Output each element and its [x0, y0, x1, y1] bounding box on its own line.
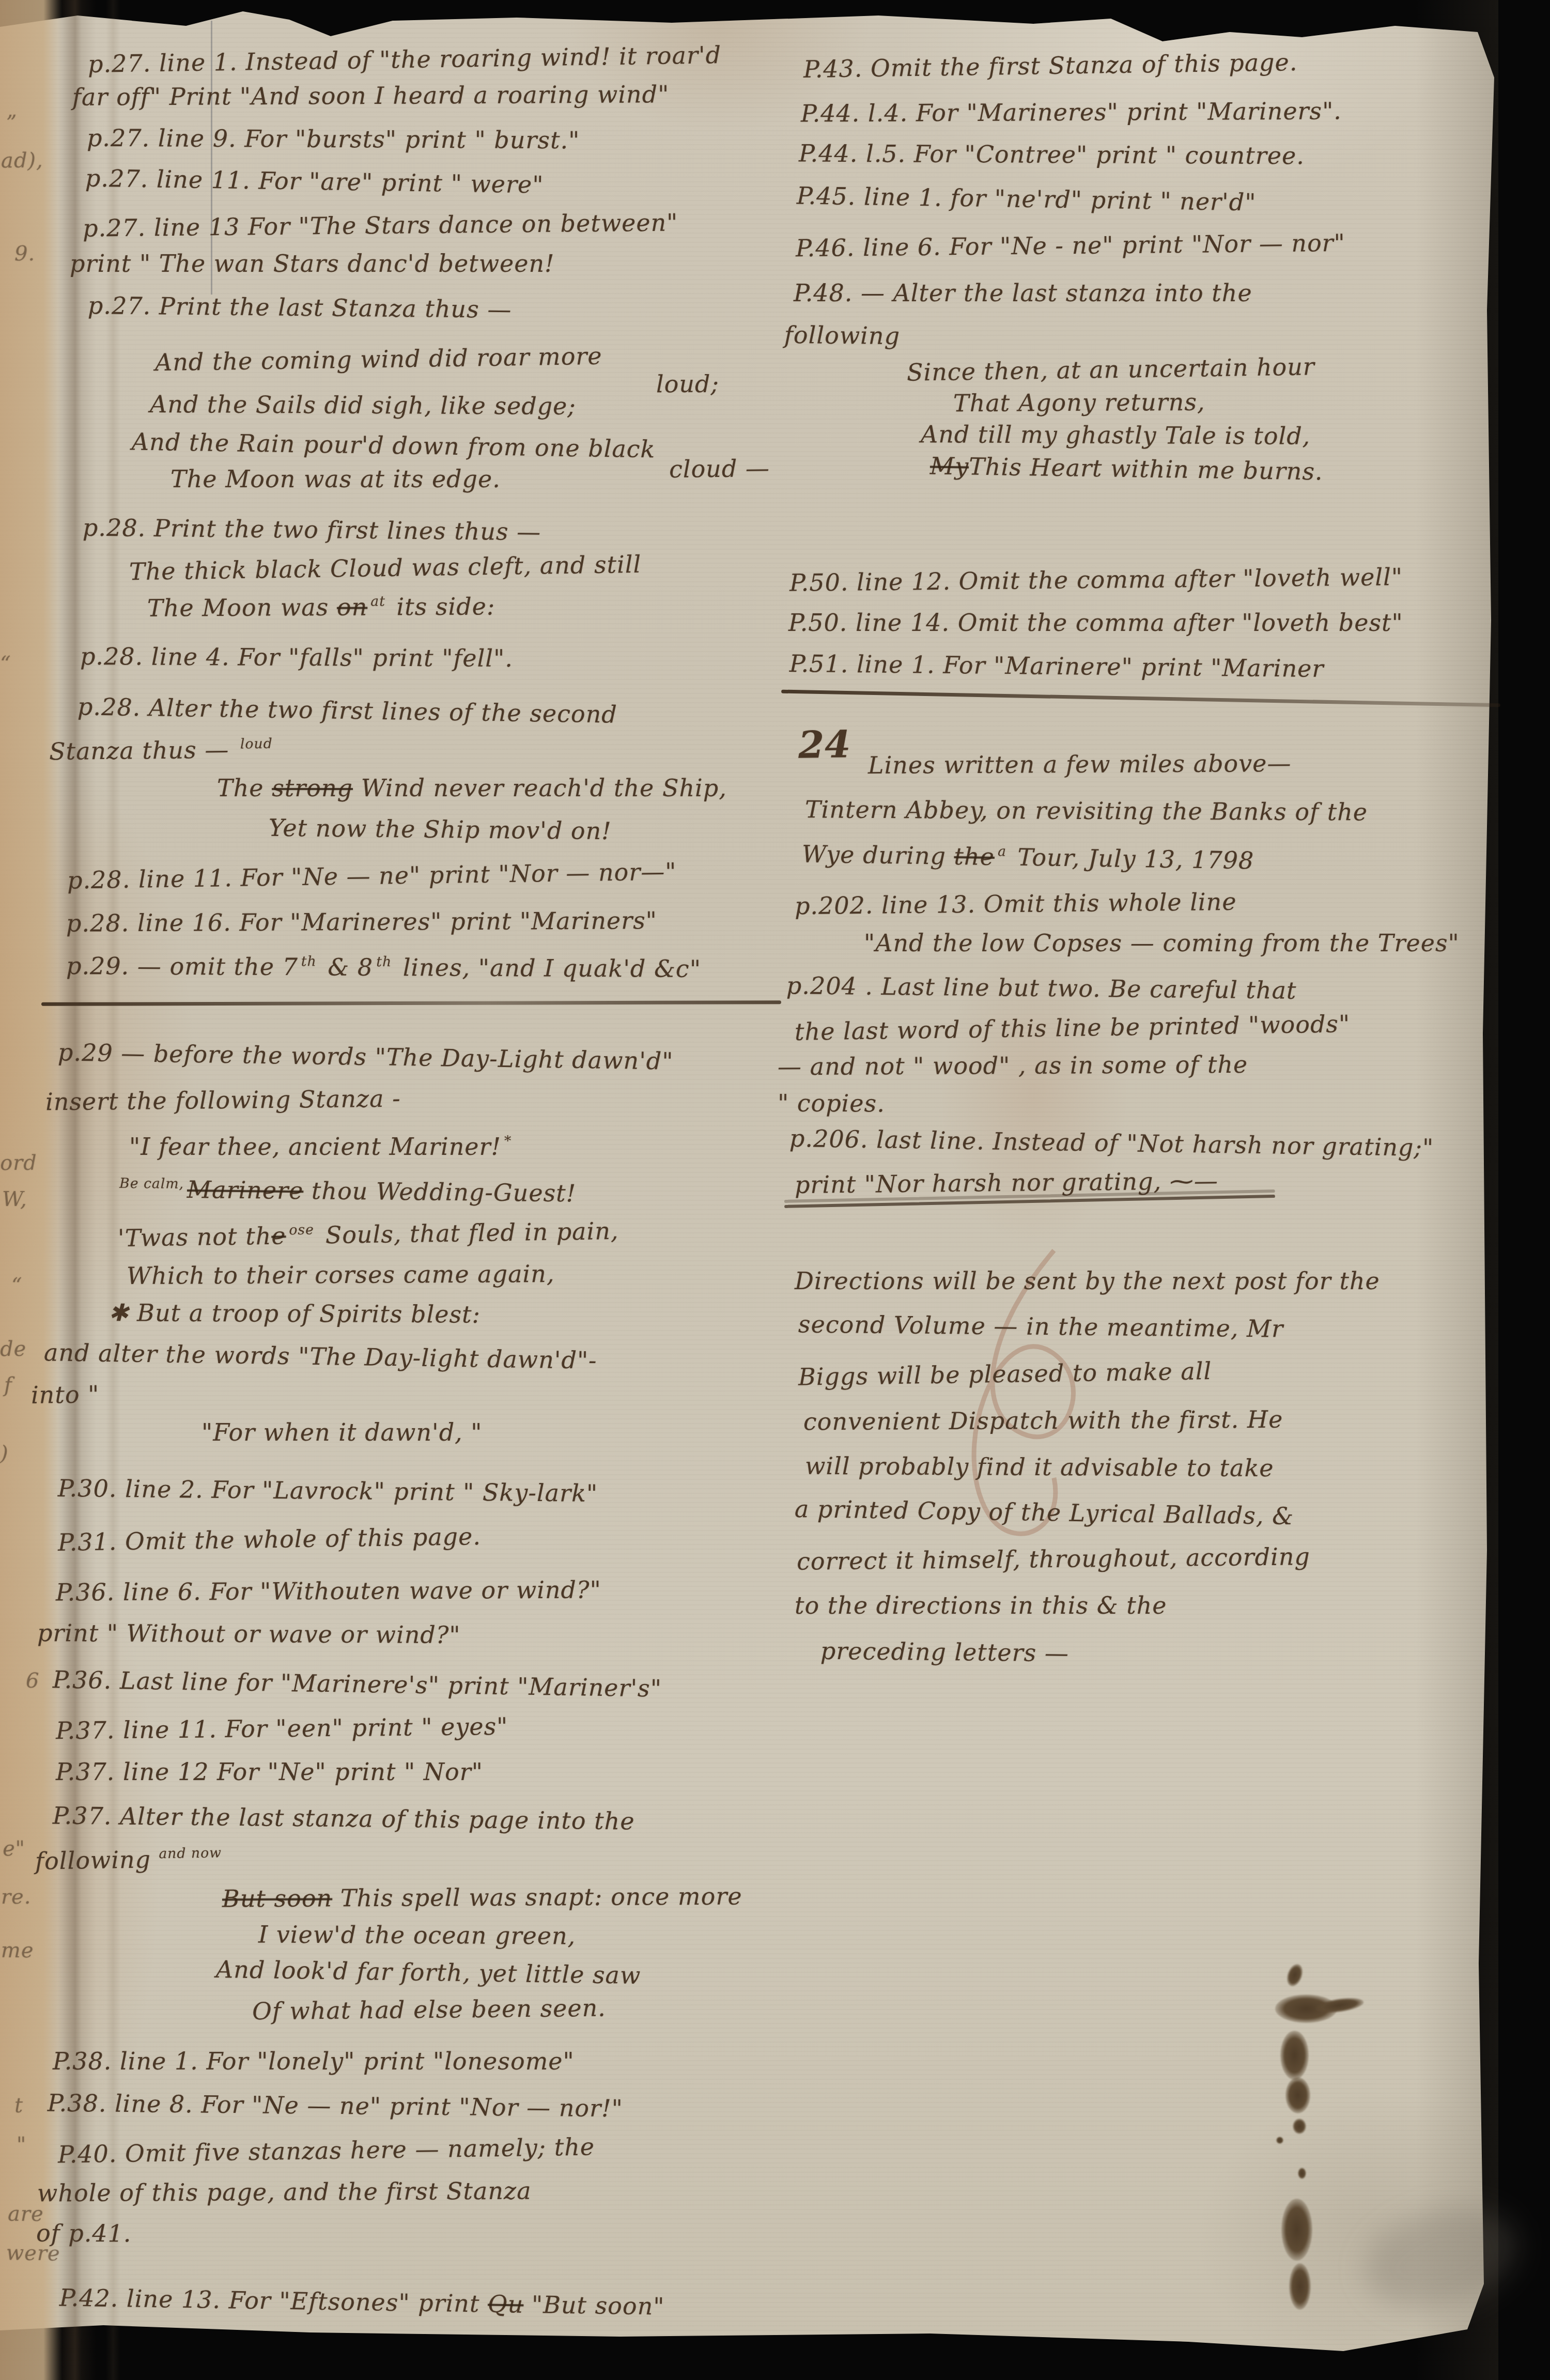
- ink-blot: [1280, 2031, 1309, 2080]
- text-token: Which to their corses came again,: [127, 1260, 555, 1290]
- text-token: whole of this page, and the first Stanza: [37, 2177, 532, 2207]
- text-token: P.38. line 8. For "Ne — ne" print "Nor —…: [48, 2089, 623, 2123]
- manuscript-line: Since then, at an uncertain hour: [907, 352, 1315, 387]
- text-token: p.28. line 16. For "Marineres" print "Ma…: [66, 906, 657, 937]
- manuscript-line: The Moon was onat its side:: [147, 592, 495, 622]
- manuscript-line: ): [0, 1442, 9, 1465]
- manuscript-line: W,: [2, 1187, 27, 1211]
- manuscript-line: “: [11, 1274, 23, 1297]
- manuscript-line: P.37. line 11. For "een" print " eyes": [56, 1712, 508, 1745]
- text-token: P.36. line 6. For "Withouten wave or win…: [56, 1575, 601, 1606]
- manuscript-line: into ": [31, 1380, 100, 1409]
- text-token: ): [0, 1442, 9, 1465]
- text-token: 6: [26, 1669, 40, 1693]
- text-token: are: [8, 2202, 44, 2226]
- struck-text-token: strong: [272, 774, 353, 802]
- manuscript-line: convenient Dispatch with the first. He: [803, 1405, 1283, 1436]
- text-token: far off" Print "And soon I heard a roari…: [72, 80, 670, 111]
- text-token: P.37. Alter the last stanza of this page…: [53, 1801, 635, 1835]
- manuscript-line: Which to their corses came again,: [127, 1260, 555, 1290]
- text-token: "But soon": [523, 2291, 665, 2321]
- manuscript-line: were: [6, 2241, 60, 2266]
- text-token: 9.: [14, 242, 35, 266]
- manuscript-line: ": [17, 2133, 27, 2157]
- ink-blot: [1276, 2137, 1283, 2144]
- text-token: were: [6, 2241, 60, 2266]
- text-token: Of what had else been seen.: [252, 1994, 606, 2026]
- manuscript-line: ✱ But a troop of Spirits blest:: [109, 1299, 481, 1328]
- inserted-text-token: a: [998, 843, 1006, 859]
- text-token: convenient Dispatch with the first. He: [803, 1405, 1283, 1436]
- text-token: ”: [6, 111, 18, 135]
- ink-blot: [1289, 2263, 1311, 2310]
- text-token: correct it himself, throughout, accordin…: [797, 1542, 1310, 1575]
- text-token: loud;: [656, 370, 719, 398]
- manuscript-line: de: [0, 1337, 27, 1362]
- manuscript-line: loud;: [656, 370, 719, 398]
- text-token: Tintern Abbey, on revisiting the Banks o…: [805, 795, 1368, 826]
- text-token: print " The wan Stars danc'd between!: [70, 250, 555, 277]
- manuscript-line: p.27. line 13 For "The Stars dance on be…: [83, 208, 678, 242]
- manuscript-line: "I fear thee, ancient Mariner!*: [129, 1133, 515, 1161]
- manuscript-line: And till my ghastly Tale is told,: [921, 420, 1311, 450]
- manuscript-line: P.30. line 2. For "Lavrock" print " Sky-…: [58, 1474, 598, 1507]
- manuscript-line: Directions will be sent by the next post…: [795, 1267, 1380, 1295]
- text-token: P.46. line 6. For "Ne - ne" print "Nor —…: [796, 229, 1345, 262]
- text-token: following: [35, 1845, 151, 1875]
- manuscript-line: The strong Wind never reach'd the Ship,: [217, 774, 727, 802]
- text-token: And till my ghastly Tale is told,: [921, 420, 1311, 450]
- text-token: I view'd the ocean green,: [258, 1920, 576, 1950]
- text-token: ⁓—: [1161, 1167, 1218, 1195]
- manuscript-line: " copies.: [778, 1089, 885, 1117]
- text-token: p.29. — omit the 7: [66, 952, 298, 981]
- manuscript-line: print " The wan Stars danc'd between!: [70, 250, 555, 277]
- manuscript-line: — and not " wood" , as in some of the: [778, 1050, 1248, 1080]
- text-token: " copies.: [778, 1089, 885, 1117]
- inserted-text-token: ose: [289, 1222, 314, 1238]
- manuscript-line: e": [3, 1837, 26, 1861]
- manuscript-line: The Moon was at its edge.: [171, 465, 501, 493]
- manuscript-line: following: [784, 321, 901, 350]
- text-token: & 8: [320, 953, 374, 981]
- text-token: p.27. Print the last Stanza thus —: [88, 291, 512, 323]
- manuscript-line: "And the low Copses — coming from the Tr…: [864, 929, 1460, 957]
- text-token: "I fear thee, ancient Mariner!: [129, 1133, 501, 1161]
- text-token: Wye during: [802, 840, 954, 870]
- text-token: P.30. line 2. For "Lavrock" print " Sky-…: [58, 1474, 598, 1507]
- text-token: following: [784, 321, 901, 350]
- manuscript-line: 6: [26, 1669, 40, 1693]
- manuscript-line: will probably find it advisable to take: [805, 1452, 1274, 1482]
- text-token: And the Sails did sigh, like sedge;: [150, 390, 576, 420]
- manuscript-line: P.44. l.5. For "Contree" print " countre…: [799, 140, 1305, 170]
- inserted-text-token: loud: [240, 736, 273, 752]
- manuscript-line: Be calm,Marinere thou Wedding-Guest!: [116, 1175, 577, 1208]
- text-token: to the directions in this & the: [795, 1591, 1167, 1619]
- manuscript-line: 24: [798, 722, 851, 766]
- text-token: Stanza thus —: [49, 736, 237, 766]
- manuscript-line: P.38. line 1. For "lonely" print "loneso…: [53, 2047, 575, 2075]
- manuscript-line: ord: [0, 1151, 37, 1176]
- text-token: lines, "and I quak'd &c": [395, 953, 701, 983]
- text-token: p.27. line 9. For "bursts" print " burst…: [87, 124, 580, 154]
- manuscript-line: Tintern Abbey, on revisiting the Banks o…: [805, 795, 1368, 826]
- manuscript-line: p.28. line 4. For "falls" print "fell".: [80, 642, 513, 672]
- text-token: preceding letters —: [820, 1637, 1069, 1667]
- inserted-text-token: and now: [154, 1845, 222, 1862]
- text-token: ad),: [1, 149, 43, 173]
- text-token: The: [217, 774, 272, 802]
- manuscript-line: t: [14, 2094, 24, 2118]
- text-token: The Moon was: [147, 593, 337, 622]
- text-token: P.37. line 12 For "Ne" print " Nor": [56, 1758, 483, 1786]
- text-token: e": [3, 1837, 26, 1861]
- text-token: me: [1, 1939, 34, 1963]
- manuscript-line: to the directions in this & the: [795, 1591, 1167, 1619]
- manuscript-line: P.48. — Alter the last stanza into the: [794, 279, 1252, 307]
- text-token: print " Without or wave or wind?": [37, 1619, 461, 1649]
- manuscript-line: But soon This spell was snapt: once more: [222, 1882, 742, 1913]
- inserted-text-token: Be calm,: [119, 1176, 184, 1192]
- text-token: thou Wedding-Guest!: [303, 1177, 576, 1207]
- ink-blot: [1298, 2168, 1306, 2179]
- manuscript-line: re.: [1, 1885, 32, 1909]
- manuscript-line: second Volume — in the meantime, Mr: [798, 1310, 1284, 1342]
- manuscript-line: correct it himself, throughout, accordin…: [797, 1542, 1310, 1575]
- text-token: Tour, July 13, 1798: [1009, 843, 1254, 874]
- manuscript-line: 9.: [14, 242, 35, 266]
- inserted-text-token: at: [370, 593, 385, 609]
- text-token: P.37. line 11. For "een" print " eyes": [56, 1712, 508, 1745]
- manuscript-line: P.37. Alter the last stanza of this page…: [53, 1801, 635, 1835]
- manuscript-line: f: [4, 1373, 12, 1397]
- text-token: p.28. Print the two first lines thus —: [83, 514, 541, 546]
- text-token: Since then, at an uncertain hour: [907, 352, 1315, 387]
- manuscript-line: print "Nor harsh nor grating, ⁓—: [795, 1167, 1218, 1199]
- struck-text-token: Qu: [488, 2290, 524, 2319]
- text-token: This Heart within me burns.: [969, 453, 1323, 486]
- text-token: re.: [1, 1885, 32, 1909]
- text-token: “: [11, 1274, 23, 1297]
- manuscript-line: P.44. l.4. For "Marineres" print "Marine…: [801, 97, 1342, 127]
- manuscript-line: ad),: [1, 149, 43, 173]
- manuscript-line: That Agony returns,: [953, 388, 1205, 417]
- manuscript-line: p.204 . Last line but two. Be careful th…: [786, 971, 1297, 1004]
- manuscript-line: p.28. Print the two first lines thus —: [83, 514, 541, 546]
- manuscript-line: P.38. line 8. For "Ne — ne" print "Nor —…: [48, 2089, 623, 2123]
- manuscript-line: P.51. line 1. For "Marinere" print "Mari…: [789, 650, 1324, 683]
- manuscript-line: insert the following Stanza -: [45, 1085, 401, 1116]
- text-token: That Agony returns,: [953, 388, 1205, 417]
- text-token: "And the low Copses — coming from the Tr…: [864, 929, 1460, 957]
- manuscript-line: whole of this page, and the first Stanza: [37, 2177, 532, 2207]
- manuscript-line: “: [0, 652, 11, 676]
- text-token: de: [0, 1337, 27, 1362]
- manuscript-line: And the Sails did sigh, like sedge;: [150, 390, 576, 420]
- text-token: t: [14, 2094, 24, 2118]
- text-token: This spell was snapt: once more: [332, 1882, 742, 1912]
- struck-text-token: Marinere: [187, 1176, 304, 1204]
- text-token: into ": [31, 1380, 100, 1409]
- ink-blot: [1285, 2077, 1310, 2113]
- manuscript-line: Of what had else been seen.: [252, 1994, 606, 2026]
- manuscript-line: print " Without or wave or wind?": [37, 1619, 461, 1649]
- manuscript-line: "For when it dawn'd, ": [202, 1418, 483, 1446]
- text-token: cloud —: [669, 454, 770, 483]
- text-token: P.44. l.5. For "Contree" print " countre…: [799, 140, 1305, 170]
- manuscript-line: are: [8, 2202, 44, 2226]
- manuscript-line: p.27. line 9. For "bursts" print " burst…: [87, 124, 580, 154]
- manuscript-line: Stanza thus — loud: [49, 735, 276, 765]
- text-token: p.204 . Last line but two. Be careful th…: [786, 971, 1297, 1004]
- manuscript-line: following and now: [35, 1844, 225, 1875]
- text-token: ✱ But a troop of Spirits blest:: [109, 1299, 481, 1328]
- manuscript-line: I view'd the ocean green,: [258, 1920, 576, 1950]
- manuscript-line: ”: [6, 111, 18, 135]
- text-token: Yet now the Ship mov'd on!: [269, 814, 612, 845]
- text-token: — and not " wood" , as in some of the: [778, 1050, 1248, 1080]
- text-token: 'Twas not th: [118, 1222, 272, 1252]
- inserted-text-token: th: [376, 954, 392, 970]
- text-token: p.28. line 4. For "falls" print "fell".: [80, 642, 513, 672]
- manuscript-line: P.50. line 14. Omit the comma after "lov…: [788, 609, 1403, 637]
- struck-text-token: But soon: [222, 1884, 332, 1912]
- text-token: f: [4, 1373, 12, 1397]
- text-token: P.48. — Alter the last stanza into the: [794, 279, 1252, 307]
- text-token: ord: [0, 1151, 37, 1176]
- manuscript-line: p.202. line 13. Omit this whole line: [795, 888, 1237, 920]
- text-token: 24: [798, 722, 851, 766]
- manuscript-line: far off" Print "And soon I heard a roari…: [72, 80, 670, 111]
- manuscript-line: cloud —: [669, 454, 770, 483]
- manuscript-scan: p.27. line 1. Instead of "the roaring wi…: [0, 0, 1550, 2380]
- text-token: Wind never reach'd the Ship,: [353, 774, 727, 802]
- manuscript-line: p.27. Print the last Stanza thus —: [88, 291, 512, 323]
- text-token: will probably find it advisable to take: [805, 1452, 1274, 1482]
- text-token: P.44. l.4. For "Marineres" print "Marine…: [801, 97, 1342, 127]
- text-token: "For when it dawn'd, ": [202, 1418, 483, 1446]
- text-token: The Moon was at its edge.: [171, 465, 501, 493]
- text-token: p.202. line 13. Omit this whole line: [795, 888, 1237, 920]
- manuscript-line: Lines written a few miles above—: [868, 749, 1292, 779]
- manuscript-line: preceding letters —: [820, 1637, 1069, 1667]
- inserted-text-token: *: [504, 1133, 512, 1149]
- manuscript-line: P.37. line 12 For "Ne" print " Nor": [56, 1758, 483, 1786]
- manuscript-line: me: [1, 1939, 34, 1963]
- manuscript-line: p.29. — omit the 7th & 8th lines, "and I…: [66, 952, 701, 983]
- text-token: “: [0, 652, 11, 676]
- text-token: P.38. line 1. For "lonely" print "loneso…: [53, 2047, 575, 2075]
- struck-text-token: the: [954, 842, 995, 871]
- text-token: its side:: [389, 592, 495, 621]
- text-token: P.50. line 14. Omit the comma after "lov…: [788, 609, 1403, 637]
- text-token: p.27. line 13 For "The Stars dance on be…: [83, 208, 678, 242]
- struck-text-token: on: [337, 593, 368, 621]
- manuscript-line: MyThis Heart within me burns.: [930, 452, 1323, 485]
- inserted-text-token: th: [301, 953, 317, 969]
- manuscript-line: P.36. line 6. For "Withouten wave or win…: [56, 1575, 601, 1606]
- text-token: W,: [2, 1187, 27, 1211]
- struck-text-token: e: [271, 1222, 286, 1249]
- text-token: insert the following Stanza -: [45, 1085, 401, 1116]
- text-token: Souls, that fled in pain,: [317, 1217, 619, 1249]
- text-token: print "Nor harsh nor grating,: [795, 1167, 1162, 1199]
- text-token: ": [17, 2133, 27, 2157]
- text-token: P.51. line 1. For "Marinere" print "Mari…: [789, 650, 1324, 683]
- ink-blot: [1281, 2199, 1312, 2261]
- manuscript-line: p.28. line 16. For "Marineres" print "Ma…: [66, 906, 657, 937]
- text-token: Directions will be sent by the next post…: [795, 1267, 1380, 1295]
- manuscript-line: P.46. line 6. For "Ne - ne" print "Nor —…: [796, 229, 1345, 262]
- ink-blot: [1293, 2119, 1306, 2134]
- text-token: Lines written a few miles above—: [868, 749, 1292, 779]
- text-token: second Volume — in the meantime, Mr: [798, 1310, 1284, 1342]
- struck-text-token: My: [930, 452, 969, 480]
- manuscript-line: Yet now the Ship mov'd on!: [269, 814, 612, 845]
